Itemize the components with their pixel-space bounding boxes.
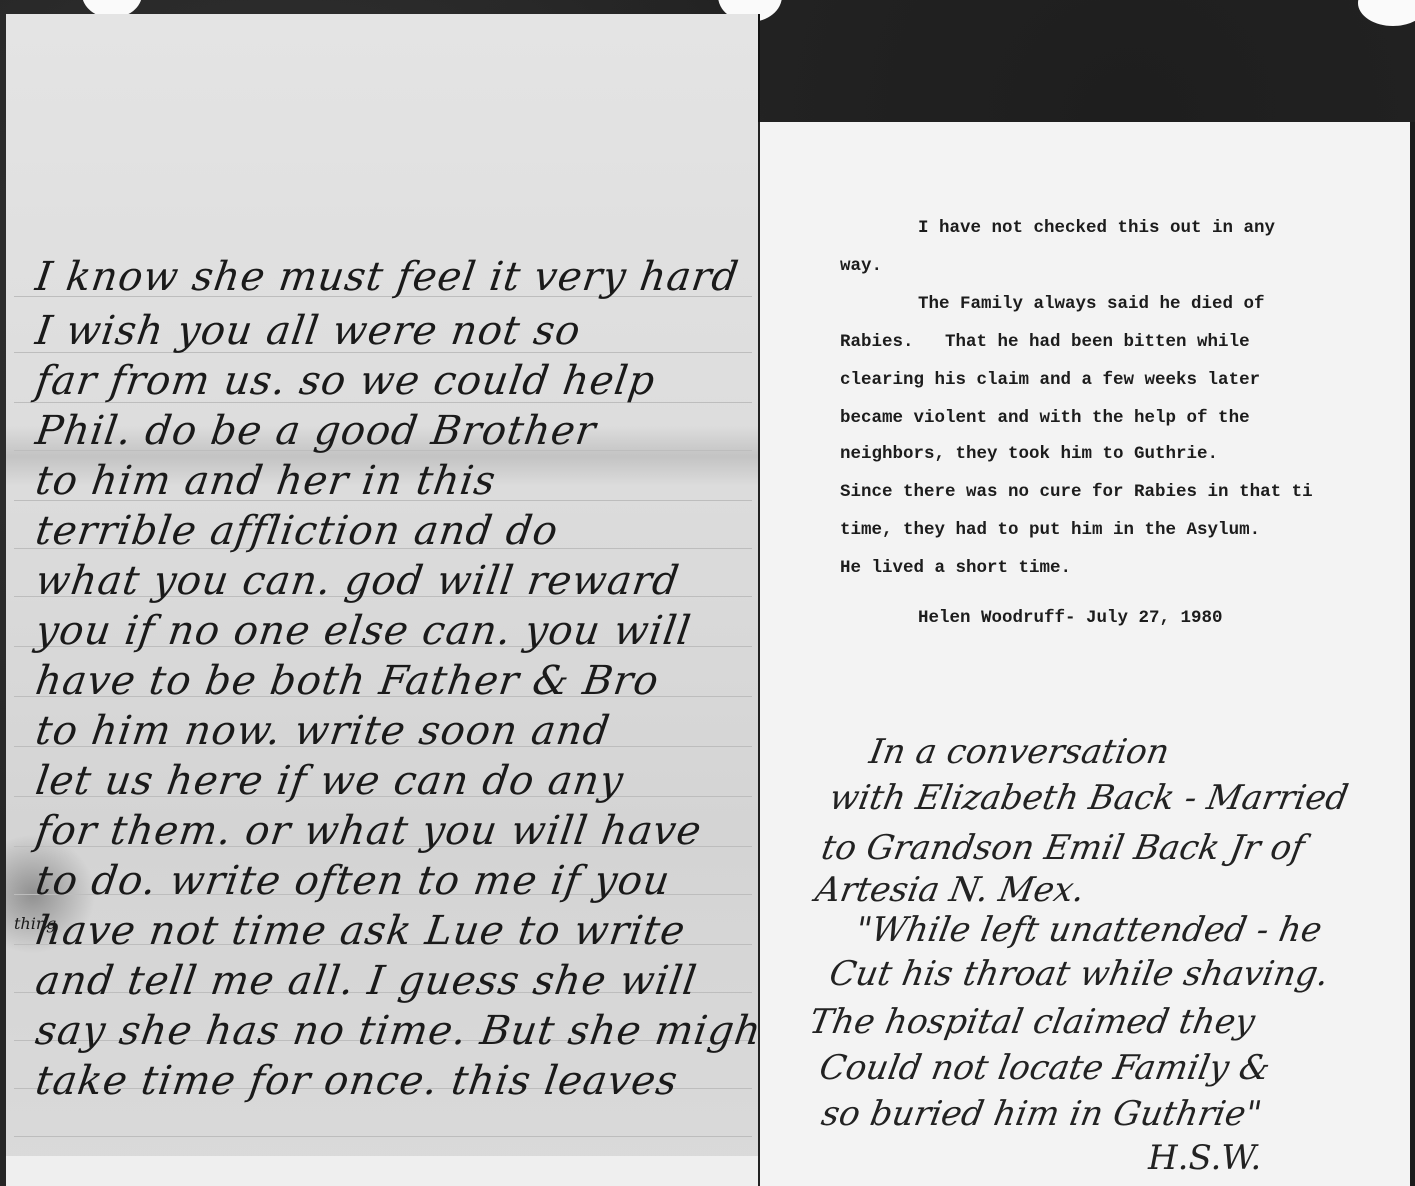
typed-line: neighbors, they took him to Guthrie. <box>840 444 1218 464</box>
handwritten-line: Artesia N. Mex. <box>812 870 1087 910</box>
letter-line: to him and her in this <box>33 458 499 504</box>
handwritten-letter-page: I know she must feel it very hard I wish… <box>6 14 760 1186</box>
letter-line: to him now. write soon and <box>33 708 613 754</box>
typed-line: became violent and with the help of the <box>840 408 1250 428</box>
typed-line: I have not checked this out in any <box>918 218 1275 238</box>
handwritten-line: to Grandson Emil Back Jr of <box>818 828 1307 868</box>
page-bottom-edge <box>6 1156 758 1186</box>
letter-line: what you can. god will reward <box>33 558 683 604</box>
handwritten-line: "While left unattended - he <box>852 910 1324 950</box>
handwritten-line: Could not locate Family & <box>816 1048 1273 1088</box>
typed-line: Since there was no cure for Rabies in th… <box>840 482 1313 502</box>
letter-line: Phil. do be a good Brother <box>33 408 599 454</box>
letter-line: for them. or what you will have <box>33 808 705 854</box>
handwritten-line: Cut his throat while shaving. <box>826 954 1331 994</box>
ruled-line <box>14 1136 752 1137</box>
handwritten-line: with Elizabeth Back - Married <box>826 778 1351 818</box>
handwritten-line: so buried him in Guthrie" <box>818 1094 1264 1134</box>
letter-line: have not time ask Lue to write <box>33 908 689 954</box>
letter-line: I wish you all were not so <box>33 308 584 354</box>
typed-line: time, they had to put him in the Asylum. <box>840 520 1260 540</box>
typed-line: The Family always said he died of <box>918 294 1265 314</box>
typed-line: He lived a short time. <box>840 558 1071 578</box>
typed-line: Rabies. That he had been bitten while <box>840 332 1250 352</box>
typed-line: clearing his claim and a few weeks later <box>840 370 1260 390</box>
letter-line: you if no one else can. you will <box>33 608 694 654</box>
letter-line: let us here if we can do any <box>33 758 627 804</box>
typed-line: way. <box>840 256 882 276</box>
handwritten-line: In a conversation <box>866 732 1172 772</box>
handwritten-initials: H.S.W. <box>1148 1138 1261 1178</box>
letter-line: take time for once. this leaves <box>33 1058 681 1104</box>
letter-line: to do. write often to me if you <box>33 858 673 904</box>
letter-line: far from us. so we could help <box>33 358 658 404</box>
letter-line: terrible affliction and do <box>33 508 562 554</box>
letter-line: say she has no time. But she might <box>33 1008 782 1054</box>
handwritten-line: The hospital claimed they <box>806 1002 1258 1042</box>
letter-line: and tell me all. I guess she will <box>33 958 700 1004</box>
letter-line: have to be both Father & Bro <box>33 658 662 704</box>
typed-signature-date: Helen Woodruff- July 27, 1980 <box>918 608 1223 628</box>
typed-note-page: I have not checked this out in any way. … <box>758 122 1415 1186</box>
letter-line: I know she must feel it very hard <box>33 254 742 300</box>
page-edge-shadow <box>1410 122 1415 1186</box>
